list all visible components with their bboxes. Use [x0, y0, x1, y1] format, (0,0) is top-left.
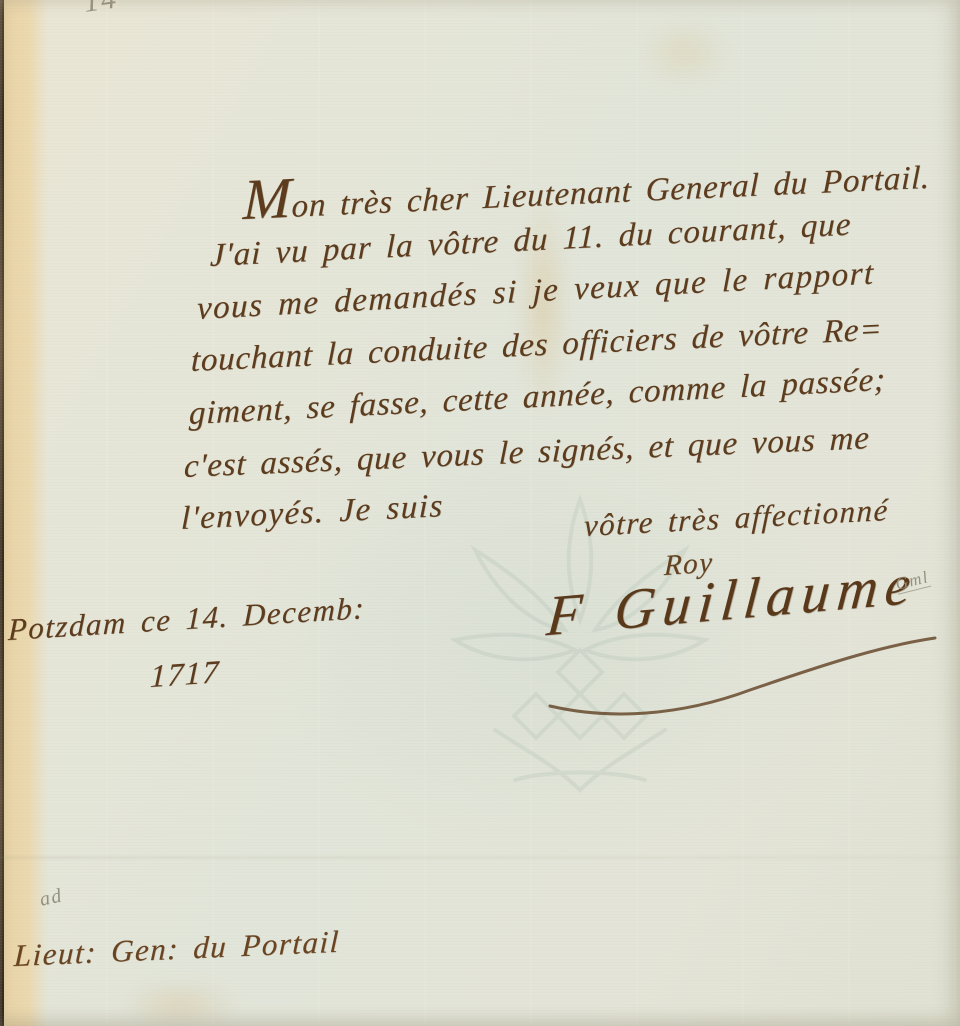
- pencil-note-left: ad: [38, 885, 65, 909]
- folio-number-pencil: 14: [82, 0, 120, 18]
- letter-page: 14 Mon très cher Lieutenant General du P…: [0, 0, 960, 1026]
- signature-flourish: [520, 628, 950, 718]
- paper-crease: [0, 856, 960, 859]
- paper-stain-bottom: [120, 980, 240, 1026]
- letter-line-7: l'envoyés. Je suis: [181, 490, 444, 536]
- page-deckle-edge: [4, 0, 48, 1026]
- dateline-year: 1717: [149, 655, 220, 692]
- paper-stain-top: [640, 18, 730, 88]
- dateline-place-day: Potzdam ce 14. Decemb:: [8, 592, 366, 645]
- letter-line-6: c'est assés, que vous le signés, et que …: [184, 422, 871, 484]
- archival-docket: Lieut: Gen: du Portail: [13, 926, 340, 971]
